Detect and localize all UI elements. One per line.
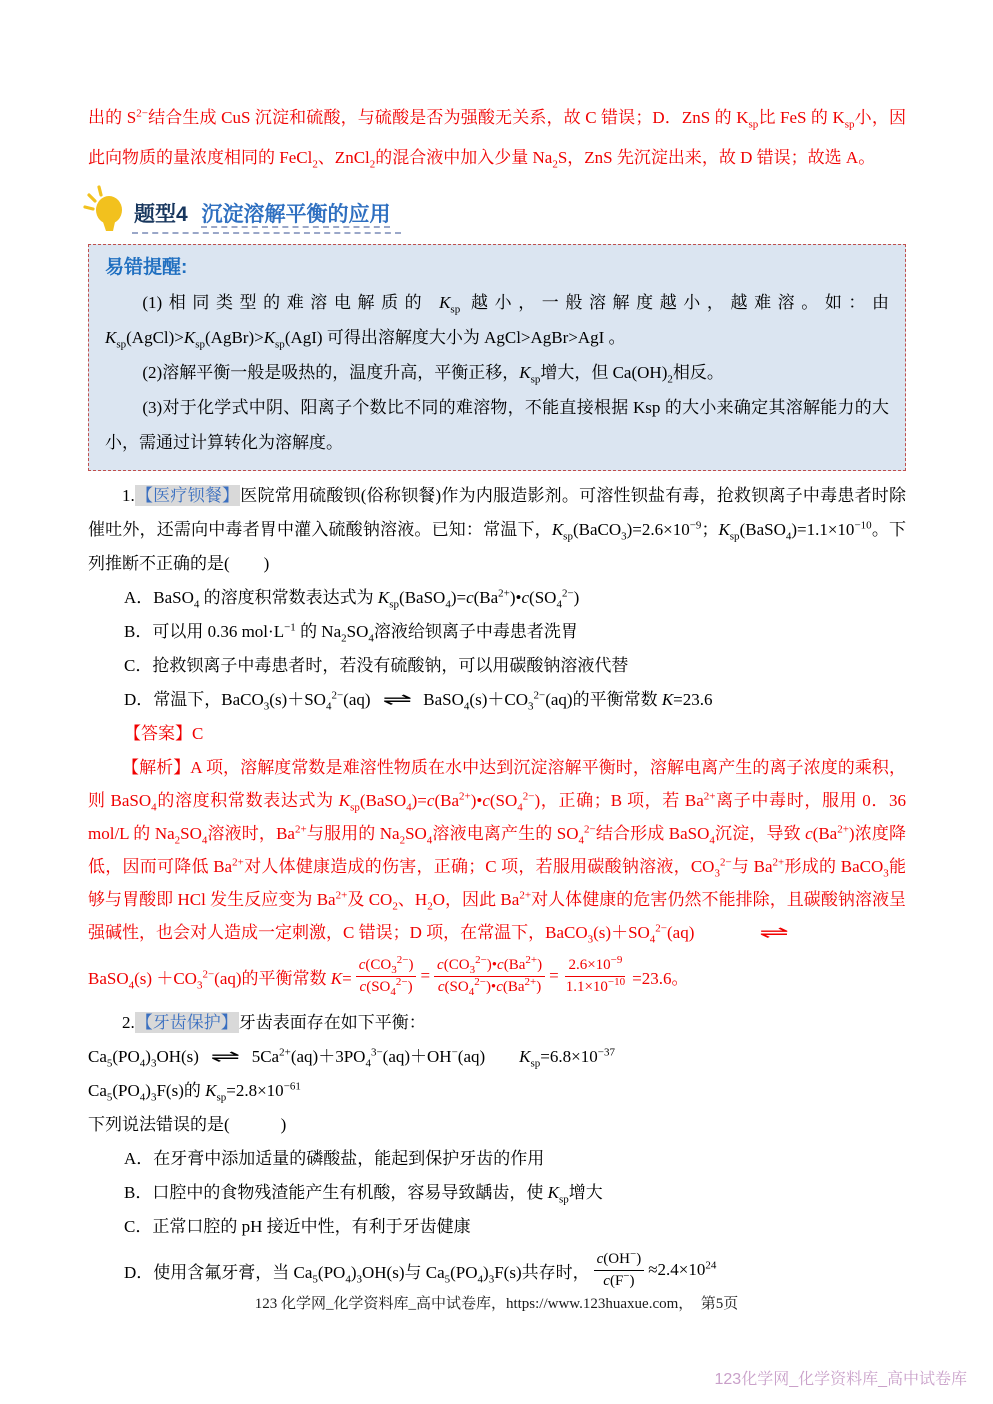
q2-option-d-tail: ≈2.4×1024	[648, 1260, 716, 1280]
fraction-3-numerator: 2.6×10−9	[565, 956, 625, 977]
question-2-number: 2.	[122, 1013, 135, 1032]
fraction-2-denominator: c(SO42−)•c(Ba2+)	[435, 977, 544, 997]
answer-value: C	[192, 724, 203, 743]
question-1-number: 1.	[122, 486, 135, 505]
q2-prompt: 下列说法错误的是( )	[88, 1108, 906, 1142]
page-footer: 123 化学网_化学资料库_高中试卷库，https://www.123huaxu…	[0, 1292, 993, 1313]
question-2-options: A．在牙膏中添加适量的磷酸盐，能起到保护牙齿的作用 B．口腔中的食物残渣能产生有…	[88, 1142, 906, 1296]
q1-answer-line: 【答案】C	[88, 717, 906, 751]
answer-label: 【答案】	[124, 724, 192, 743]
section-title: 沉淀溶解平衡的应用	[202, 203, 391, 226]
q2-option-d-lead: D．使用含氟牙膏，当 Ca5(PO4)3OH(s)与 Ca5(PO4)3F(s)…	[124, 1258, 590, 1283]
q2-fraction-denominator: c(F−)	[600, 1271, 637, 1291]
fraction-2: c(CO32−)•c(Ba2+)c(SO42−)•c(Ba2+)	[434, 956, 545, 997]
section-header: 题型4 沉淀溶解平衡的应用	[82, 186, 906, 234]
question-2-intro: 2.【牙齿保护】牙齿表面存在如下平衡：	[88, 1006, 906, 1040]
formula-lead: BaSO4(s) ＋CO32−(aq)的平衡常数 K=	[88, 964, 352, 989]
q1-analysis-formula: BaSO4(s) ＋CO32−(aq)的平衡常数 K= c(CO32−)c(SO…	[88, 950, 906, 1002]
question-1-intro: 1.【医疗钡餐】医院常用硫酸钡(俗称钡餐)作为内服造影剂。可溶性钡盐有毒，抢救钡…	[88, 479, 906, 581]
previous-answer-analysis: 出的 S2−结合生成 CuS 沉淀和硫酸，与硫酸是否为强酸无关系，故 C 错误；…	[88, 98, 906, 178]
q1-option-a: A．BaSO4 的溶度积常数表达式为 Ksp(BaSO4)=c(Ba2+)•c(…	[124, 581, 906, 615]
section-number: 题型4	[134, 203, 188, 226]
question-1-tag: 【医疗钡餐】	[135, 485, 241, 506]
fraction-2-numerator: c(CO32−)•c(Ba2+)	[434, 956, 545, 977]
q1-option-c: C．抢救钡离子中毒患者时，若没有硫酸钠，可以用碳酸钠溶液代替	[124, 649, 906, 683]
fraction-1-denominator: c(SO42−)	[357, 977, 416, 997]
q2-option-b: B．口腔中的食物残渣能产生有机酸，容易导致龋齿，使 Ksp增大	[124, 1176, 906, 1210]
alert-item-2: (2)溶解平衡一般是吸热的，温度升高，平衡正移，Ksp增大，但 Ca(OH)2相…	[105, 355, 889, 390]
section-title-wrap: 题型4 沉淀溶解平衡的应用	[132, 198, 401, 234]
document-page: 出的 S2−结合生成 CuS 沉淀和硫酸，与硫酸是否为强酸无关系，故 C 错误；…	[88, 98, 906, 1296]
alert-title: 易错提醒:	[105, 253, 889, 283]
q2-option-a: A．在牙膏中添加适量的磷酸盐，能起到保护牙齿的作用	[124, 1142, 906, 1176]
q1-option-b: B．可以用 0.36 mol·L−1 的 Na2SO4溶液给钡离子中毒患者洗胃	[124, 615, 906, 649]
q2-ksp-line: Ca5(PO4)3F(s)的 Ksp=2.8×10−61	[88, 1074, 906, 1108]
fraction-3-denominator: 1.1×10−10	[563, 977, 628, 997]
fraction-1-numerator: c(CO32−)	[356, 956, 417, 977]
lightbulb-icon	[82, 184, 128, 234]
q2-equilibrium-equation: Ca5(PO4)3OH(s) ⇌ 5Ca2+(aq)＋3PO43−(aq)＋OH…	[88, 1040, 906, 1074]
q2-option-d-fraction: c(OH−)c(F−)	[594, 1250, 645, 1291]
question-1-options: A．BaSO4 的溶度积常数表达式为 Ksp(BaSO4)=c(Ba2+)•c(…	[88, 581, 906, 717]
q2-option-d: D．使用含氟牙膏，当 Ca5(PO4)3OH(s)与 Ca5(PO4)3F(s)…	[124, 1244, 906, 1296]
alert-item-3: (3)对于化学式中阴、阳离子个数比不同的难溶物，不能直接根据 Ksp 的大小来确…	[105, 390, 889, 460]
q1-analysis: 【解析】A 项，溶解度常数是难溶性物质在水中达到沉淀溶解平衡时，溶解电离产生的离…	[88, 751, 906, 950]
q2-fraction-numerator: c(OH−)	[594, 1250, 645, 1271]
question-2-text: 牙齿表面存在如下平衡：	[239, 1013, 426, 1032]
alert-box: 易错提醒: (1)相同类型的难溶电解质的 Ksp 越小，一般溶解度越小，越难溶。…	[88, 244, 906, 471]
equals-sign: =	[420, 966, 430, 986]
q1-option-d: D．常温下，BaCO3(s)＋SO42−(aq) ⇌ BaSO4(s)＋CO32…	[124, 683, 906, 717]
equals-sign: =	[549, 966, 559, 986]
q2-option-c: C．正常口腔的 pH 接近中性，有利于牙齿健康	[124, 1210, 906, 1244]
alert-item-1: (1)相同类型的难溶电解质的 Ksp 越小，一般溶解度越小，越难溶。如：由 Ks…	[105, 285, 889, 355]
watermark-text: 123化学网_化学资料库_高中试卷库	[715, 1366, 968, 1389]
formula-result: =23.6。	[632, 964, 688, 989]
fraction-3: 2.6×10−91.1×10−10	[563, 956, 628, 997]
fraction-1: c(CO32−)c(SO42−)	[356, 956, 417, 997]
question-2-tag: 【牙齿保护】	[135, 1012, 239, 1033]
